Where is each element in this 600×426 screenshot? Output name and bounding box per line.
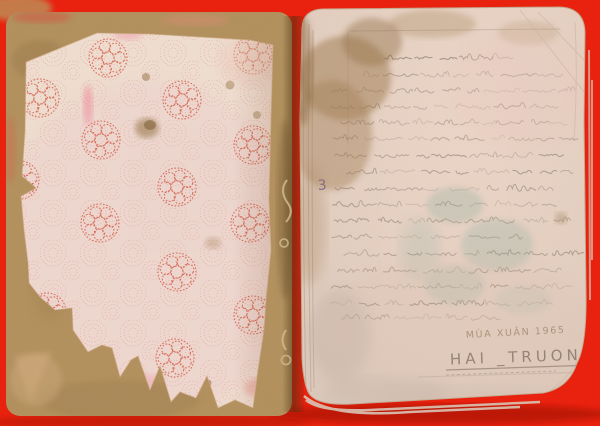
photo-open-notebook: 3 MÙA XUÂN 1965 HAI _TRUONG (0, 0, 600, 426)
red-smear (12, 11, 72, 23)
right-page-stack: 3 MÙA XUÂN 1965 HAI _TRUONG (292, 2, 600, 415)
notebook-photo-canvas: 3 MÙA XUÂN 1965 HAI _TRUONG (0, 0, 600, 426)
